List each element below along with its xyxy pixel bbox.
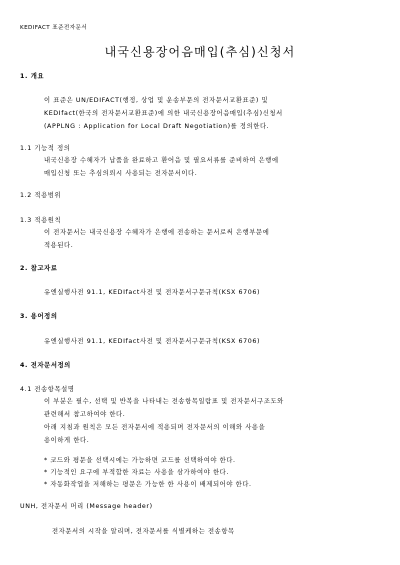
- section-heading-terms: 3. 용어정의: [20, 313, 58, 321]
- document-title: 내국신용장어음매입(추심)신청서: [0, 44, 400, 60]
- section-heading-references: 2. 참고자료: [20, 265, 58, 273]
- guideline-bullet: * 기능적인 요구에 부적합한 자료는 사용을 삼가하여야 한다.: [44, 469, 229, 477]
- guideline-bullet: * 코드와 평문을 선택시에는 가능하면 코드를 선택하여야 한다.: [44, 457, 236, 465]
- segment-description-text-line: 용이하게 한다.: [44, 437, 89, 445]
- overview-text-line: (APPLNG : Application for Local Draft Ne…: [44, 123, 269, 131]
- document-standard-tag: KEDIFACT 표준전자문서: [20, 24, 87, 32]
- functional-definition-text-line: 매입신청 또는 추심의뢰시 사용되는 전자문서이다.: [44, 170, 197, 178]
- guideline-bullet: * 자동화작업을 저해하는 평문은 가능한 한 사용이 배제되어야 한다.: [44, 481, 252, 489]
- overview-text-line: KEDIfact(한국의 전자문서교환표준)에 의한 내국신용장어음매입(추심)…: [44, 110, 283, 118]
- segment-description-text-line: 이 부분은 필수, 선택 및 반복을 나타내는 전송항목일람표 및 전자문서구조…: [44, 398, 284, 406]
- principles-text-line: 이 전자문서는 내국신용장 수혜자가 은행에 전송하는 문서로써 은행부문에: [44, 229, 269, 237]
- segment-description-text-line: 관련해서 참고하여야 한다.: [44, 411, 125, 419]
- section-heading-message-definition: 4. 전자문서정의: [20, 362, 71, 370]
- overview-text-line: 이 표준은 UN/EDIFACT(행정, 상업 및 운송부문의 전자문서교환표준…: [44, 97, 268, 105]
- section-heading-overview: 1. 개요: [20, 73, 44, 81]
- section-heading-functional-definition: 1.1 기능적 정의: [20, 145, 70, 153]
- section-heading-principles: 1.3 적용원칙: [20, 217, 61, 225]
- terms-text: 유엔실행사전 91.1, KEDIfact사전 및 전자문서구문규칙(KSX 6…: [44, 338, 260, 346]
- unh-description-text: 전자문서의 시작을 알리며, 전자문서를 식별케하는 전송항목: [52, 528, 235, 536]
- segment-description-text-line: 아래 지침과 원칙은 모든 전자문서에 적용되며 전자문서의 이해와 사용을: [44, 424, 265, 432]
- principles-text-line: 적용된다.: [44, 242, 73, 250]
- references-text: 유엔실행사전 91.1, KEDIfact사전 및 전자문서구문규칙(KSX 6…: [44, 289, 260, 297]
- section-heading-segment-description: 4.1 전송항목설명: [20, 386, 75, 394]
- functional-definition-text-line: 내국신용장 수혜자가 납품을 완료하고 환어음 및 필요서류를 준비하여 은행에: [44, 157, 279, 165]
- segment-heading-unh: UNH, 전자문서 머리 (Message header): [20, 503, 153, 511]
- section-heading-scope: 1.2 적용범위: [20, 192, 61, 200]
